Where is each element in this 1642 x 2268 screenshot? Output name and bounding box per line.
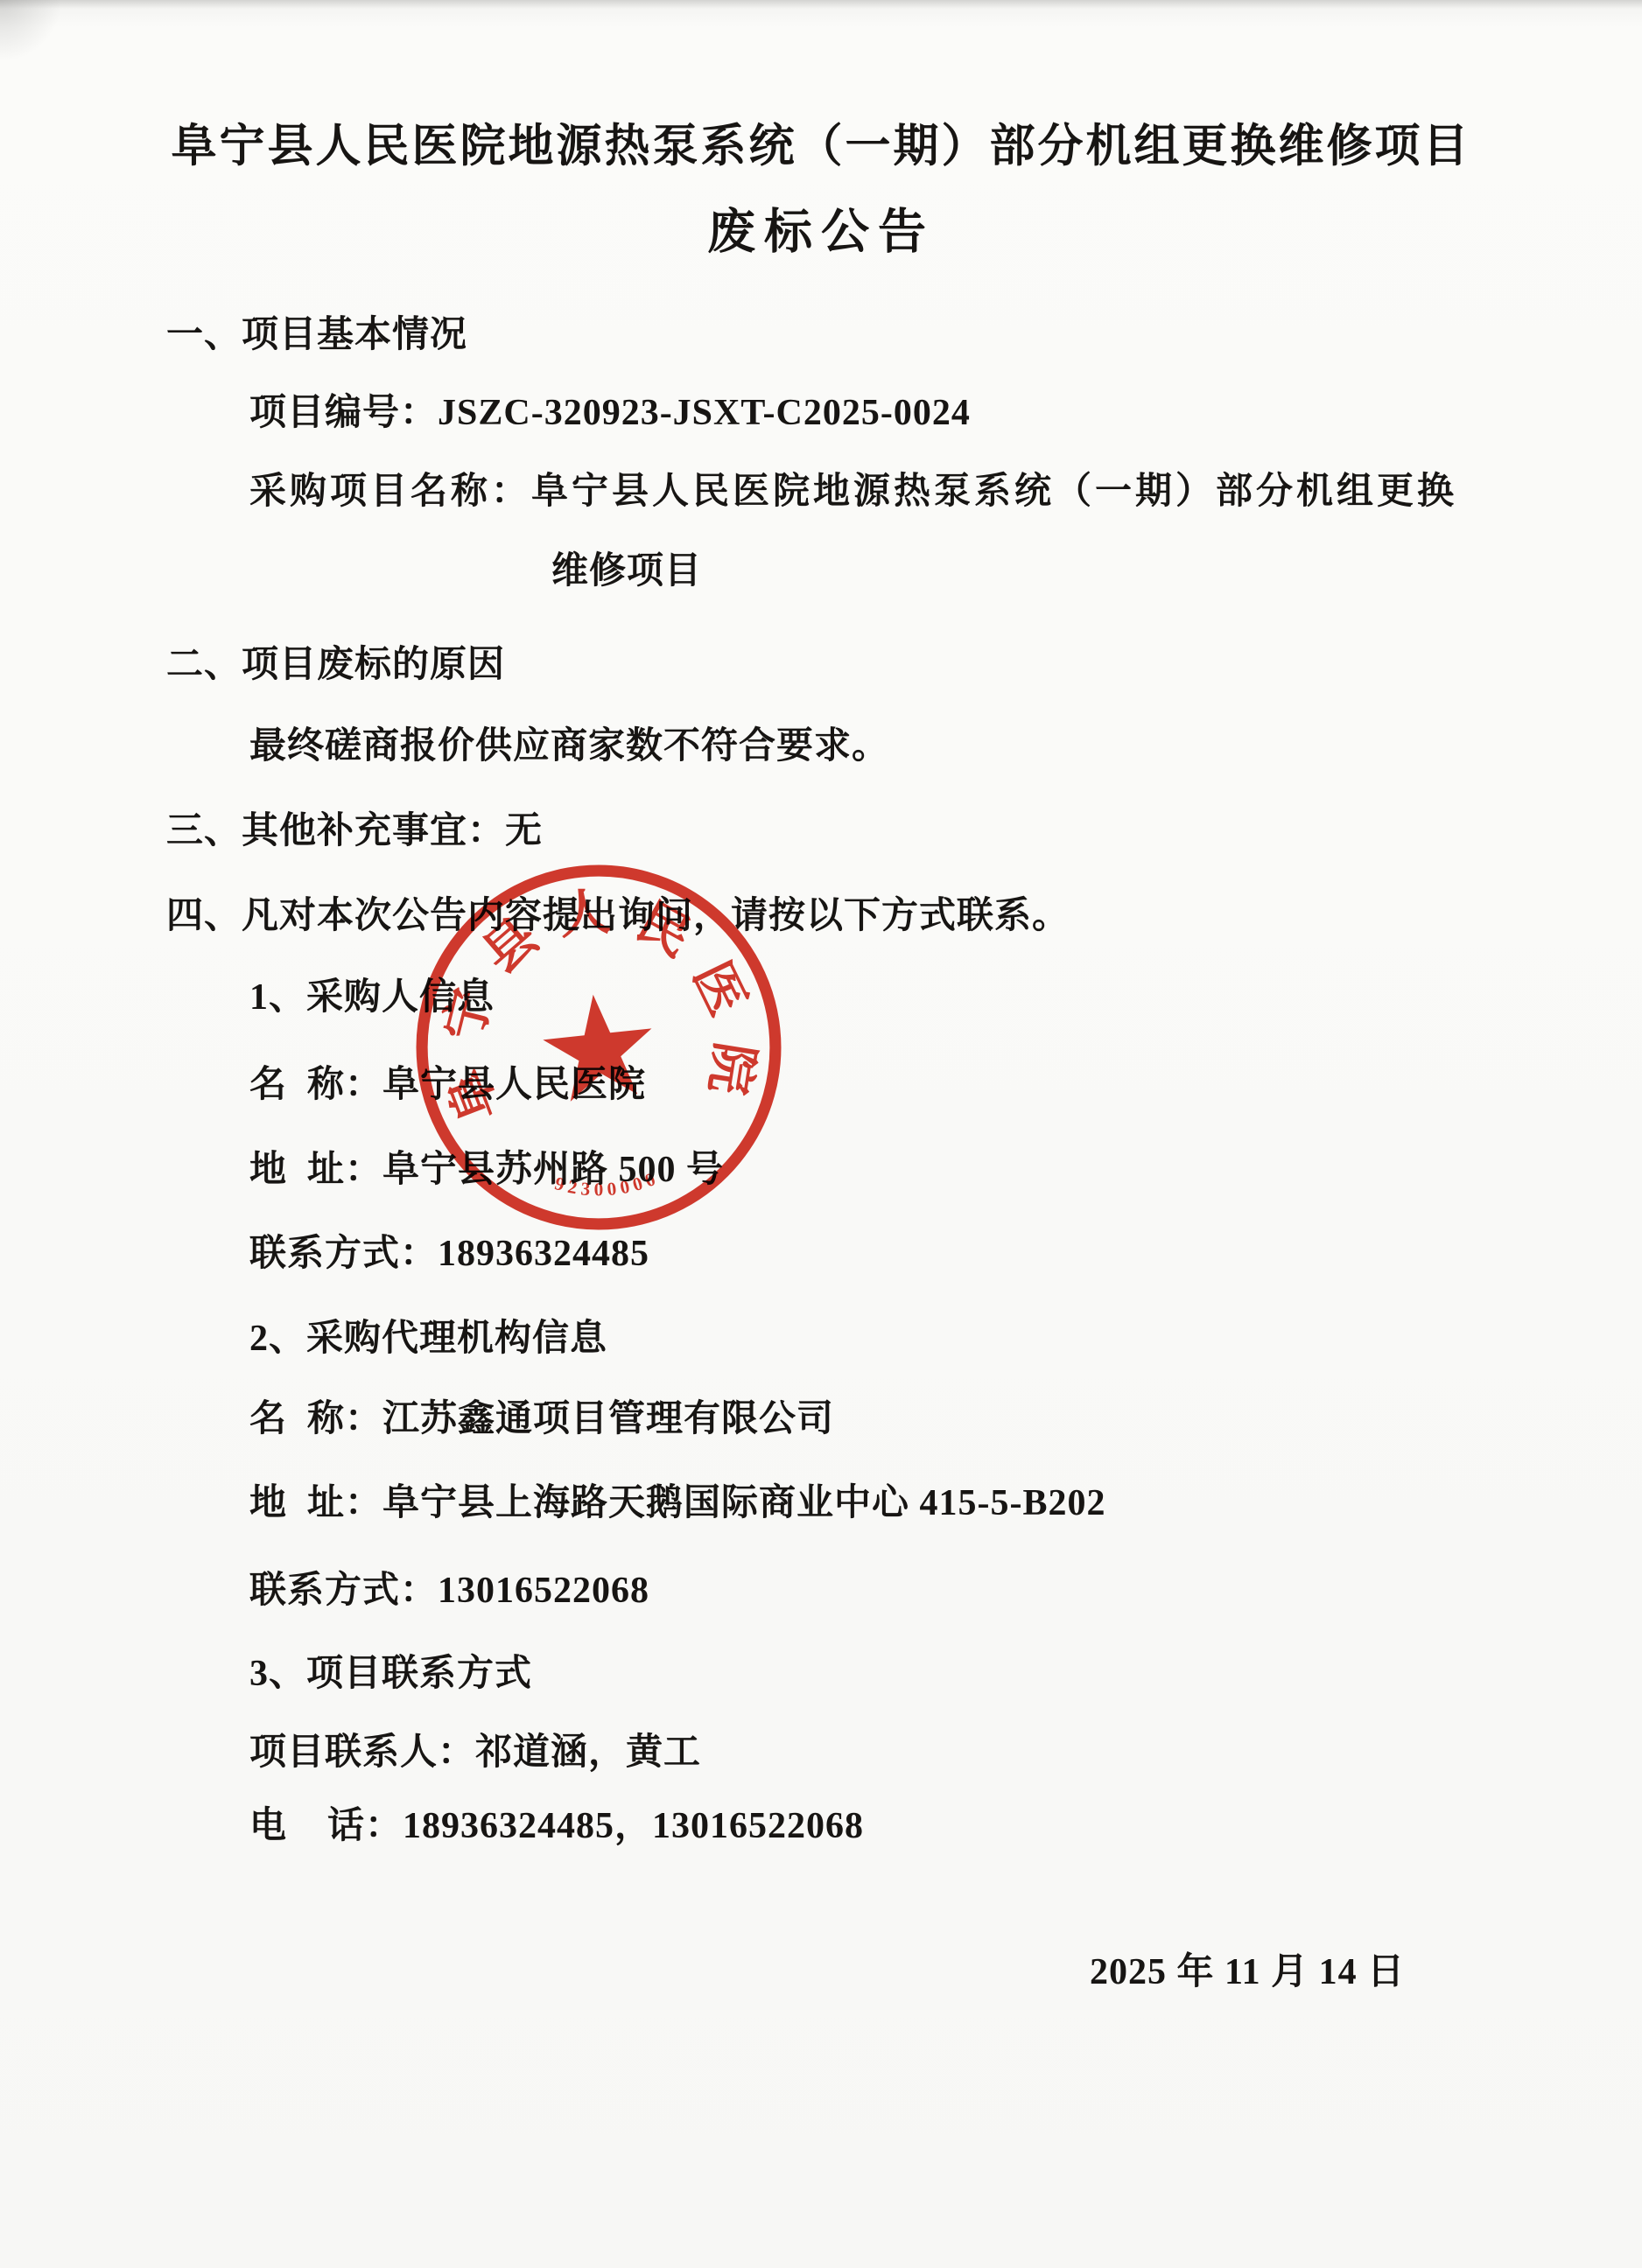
section1-heading: 一、项目基本情况: [166, 312, 467, 359]
agency-contact-line: 联系方式：13016522068: [249, 1568, 649, 1614]
project-name-continuation: 维修项目: [551, 549, 702, 595]
section3-heading: 三、其他补充事宜：无: [166, 808, 543, 855]
project-code-line: 项目编号：JSZC-320923-JSXT-C2025-0024: [249, 390, 971, 437]
section4-heading: 四、凡对本次公告内容提出询问，请按以下方式联系。: [166, 893, 1070, 940]
seal-char-5: 医: [683, 953, 756, 1024]
project-contact-phone-line: 电 话：18936324485，13016522068: [249, 1803, 864, 1850]
agency-name-line: 名 称：江苏鑫通项目管理有限公司: [249, 1396, 834, 1443]
section2-heading: 二、项目废标的原因: [166, 642, 505, 689]
purchaser-address-line: 地 址：阜宁县苏州路 500 号: [249, 1147, 724, 1193]
purchaser-heading: 1、采购人信息: [249, 975, 495, 1021]
agency-heading: 2、采购代理机构信息: [249, 1316, 607, 1362]
announcement-date: 2025 年 11 月 14 日: [1090, 1949, 1405, 1996]
document-page: 阜宁县人民医院地源热泵系统（一期）部分机组更换维修项目 废标公告 一、项目基本情…: [0, 0, 1642, 2268]
project-name-line: 采购项目名称：阜宁县人民医院地源热泵系统（一期）部分机组更换: [249, 469, 1457, 515]
purchaser-name-line: 名 称：阜宁县人民医院: [249, 1062, 646, 1109]
document-title: 阜宁县人民医院地源热泵系统（一期）部分机组更换维修项目: [0, 119, 1642, 176]
document-subtitle: 废标公告: [0, 203, 1642, 263]
agency-address-line: 地 址：阜宁县上海路天鹅国际商业中心 415-5-B202: [249, 1480, 1106, 1527]
scan-edge-artifact: [0, 0, 1642, 9]
project-contact-person-line: 项目联系人：祁道涵，黄工: [249, 1730, 701, 1776]
project-contact-heading: 3、项目联系方式: [249, 1651, 532, 1697]
cancellation-reason-line: 最终磋商报价供应商家数不符合要求。: [249, 724, 889, 770]
purchaser-contact-line: 联系方式：18936324485: [249, 1231, 649, 1277]
seal-char-6: 院: [699, 1039, 763, 1098]
